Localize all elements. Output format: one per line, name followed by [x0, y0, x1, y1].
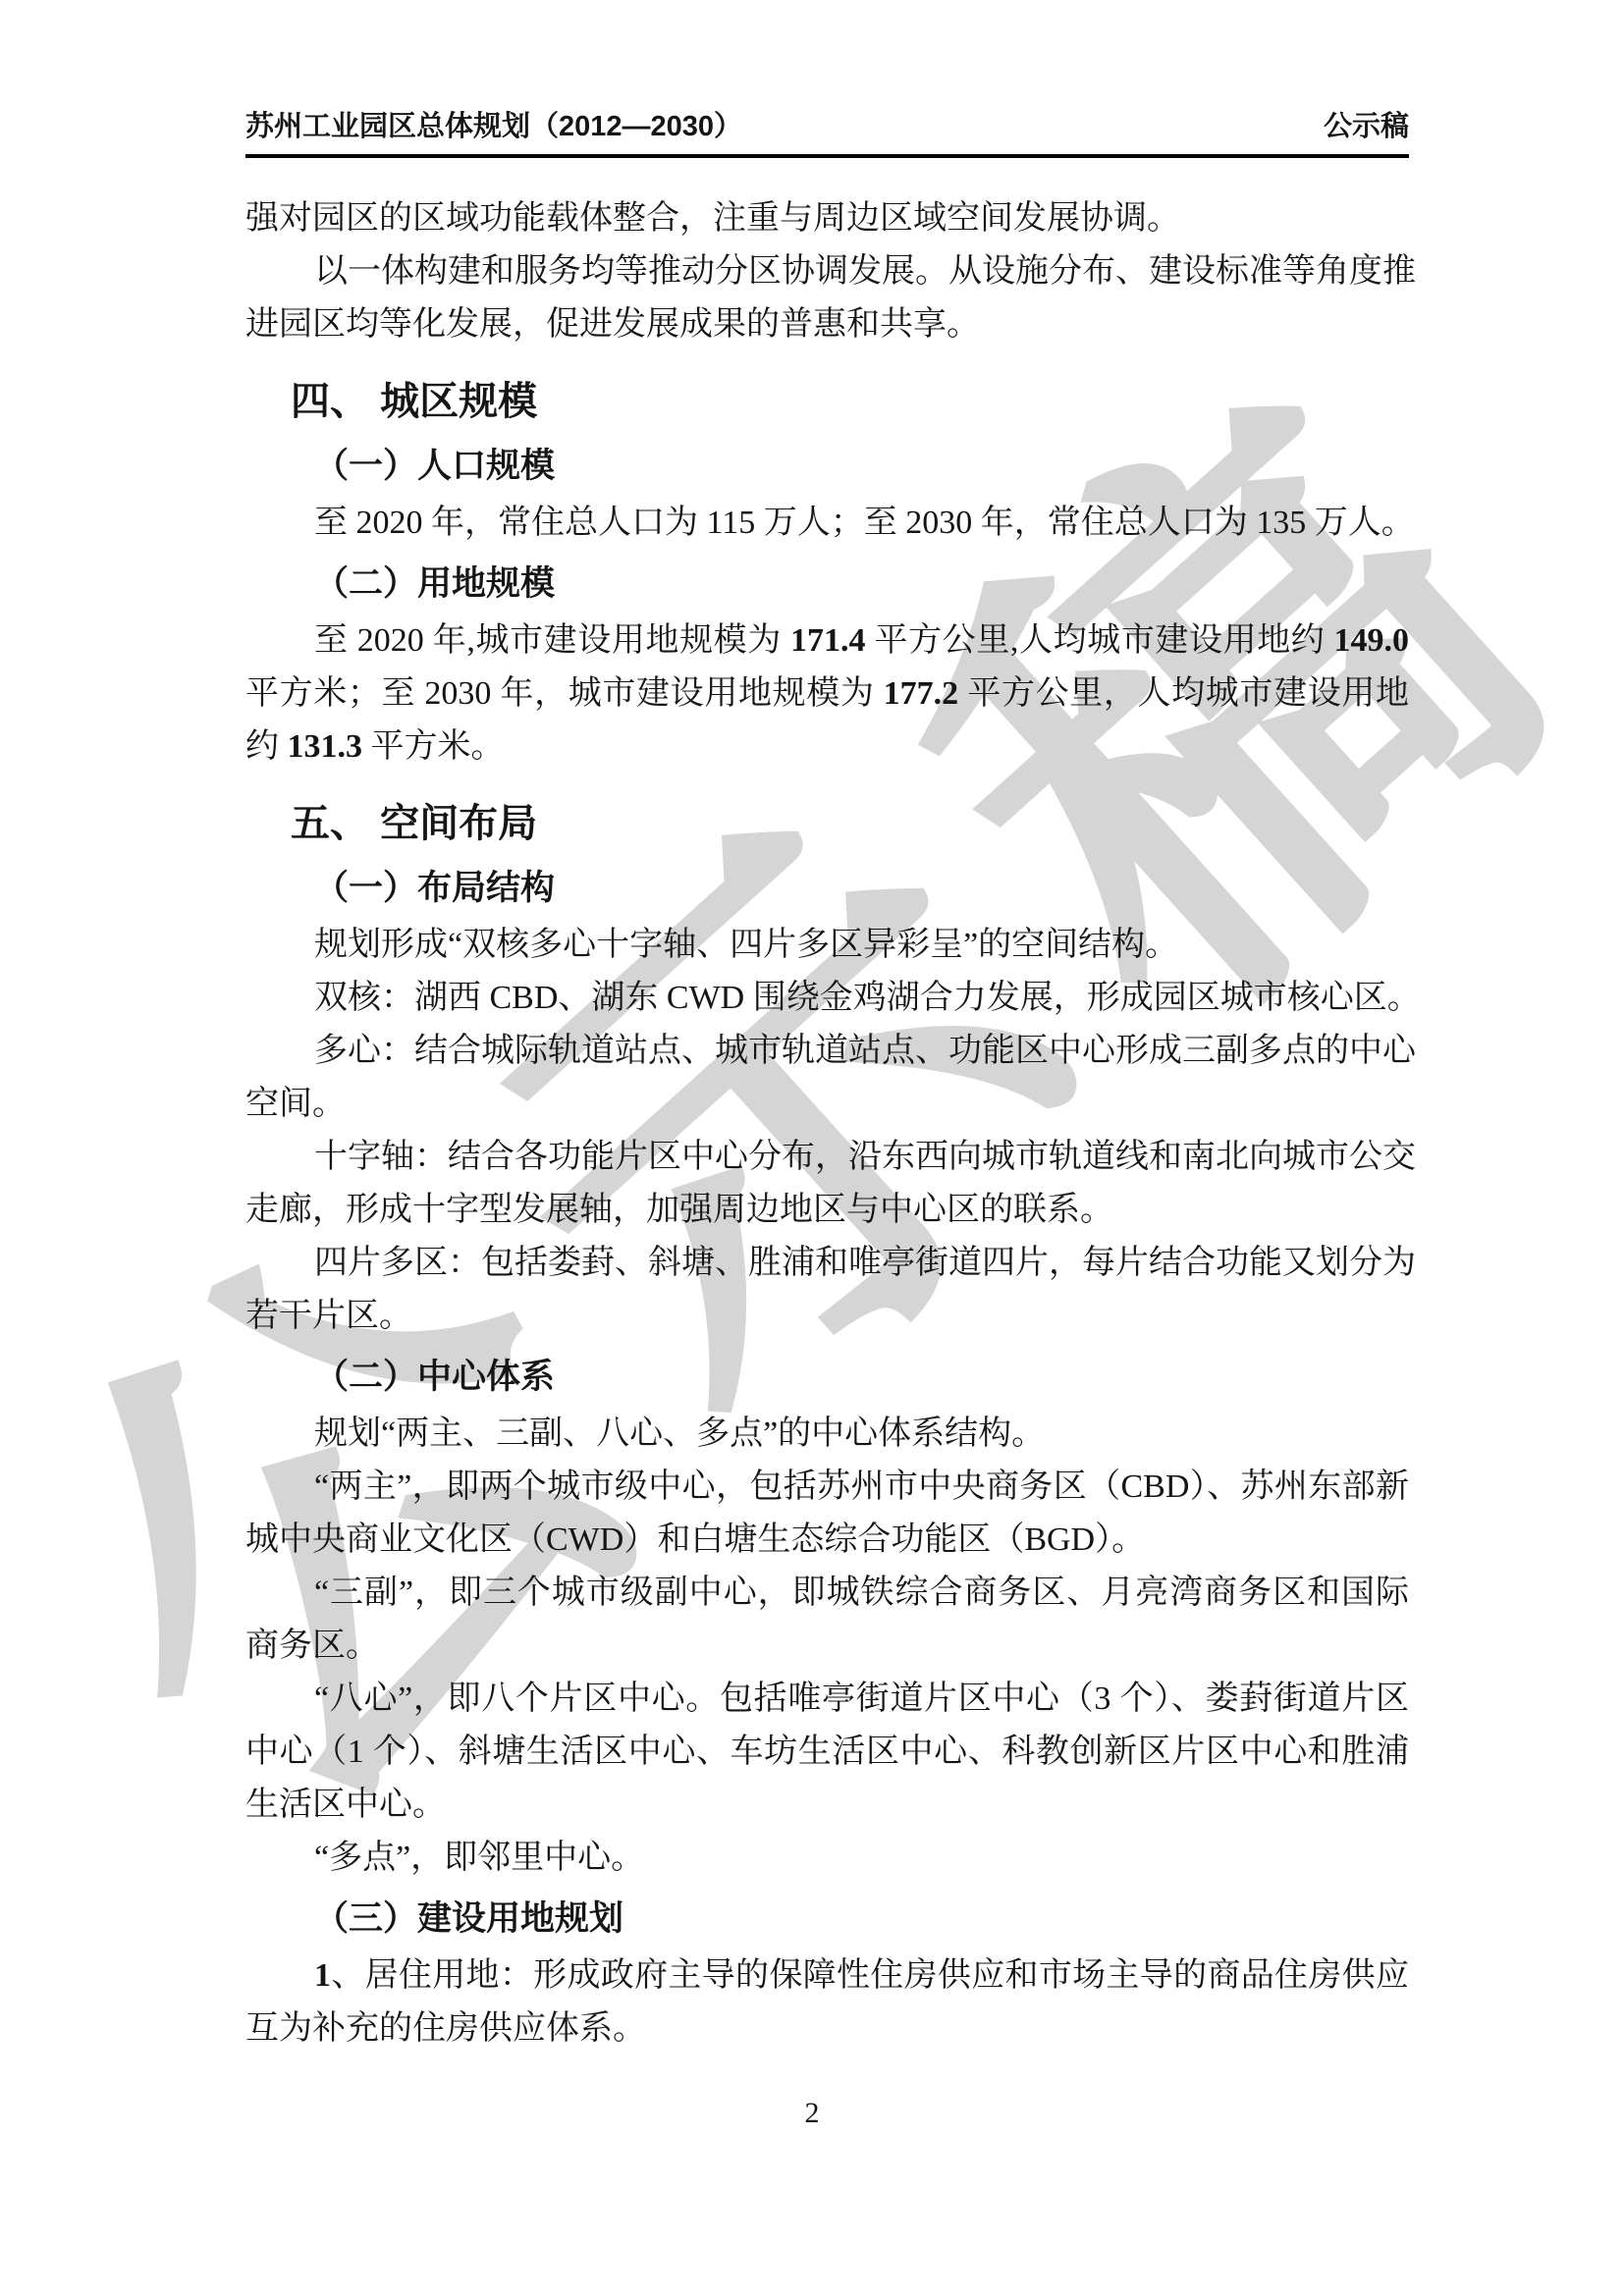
text-line: 以一体构建和服务均等推动分区协调发展。从设施分布、建设标准等角度推 [245, 245, 1409, 298]
text-line: 双核：湖西 CBD、湖东 CWD 围绕金鸡湖合力发展，形成园区城市核心区。 [245, 972, 1409, 1025]
text-line: 若干片区。 [245, 1290, 1409, 1343]
text-line: 四片多区：包括娄葑、斜塘、胜浦和唯亭街道四片，每片结合功能又划分为 [245, 1237, 1409, 1290]
heading-line: （一）布局结构 [245, 862, 1409, 915]
text-line: “多点”，即邻里中心。 [245, 1832, 1409, 1885]
text-line: “两主”，即两个城市级中心，包括苏州市中央商务区（CBD）、苏州东部新 [245, 1461, 1409, 1514]
text-line: 进园区均等化发展，促进发展成果的普惠和共享。 [245, 298, 1409, 351]
text-line: 商务区。 [245, 1620, 1409, 1673]
text-line: 多心：结合城际轨道站点、城市轨道站点、功能区中心形成三副多点的中心 [245, 1025, 1409, 1078]
text-line: 走廊，形成十字型发展轴，加强周边地区与中心区的联系。 [245, 1184, 1409, 1237]
heading-line: 五、 空间布局 [245, 795, 1409, 852]
text-line: 平方米；至 2030 年，城市建设用地规模为 177.2 平方公里，人均城市建设… [245, 667, 1409, 721]
text-line: “八心”，即八个片区中心。包括唯亭街道片区中心（3 个）、娄葑街道片区 [245, 1673, 1409, 1726]
text-line: 空间。 [245, 1078, 1409, 1131]
text-line: 中心（1 个）、斜塘生活区中心、车坊生活区中心、科教创新区片区中心和胜浦 [245, 1726, 1409, 1779]
heading-line: （二）中心体系 [245, 1351, 1409, 1404]
text-line: 强对园区的区域功能载体整合，注重与周边区域空间发展协调。 [245, 192, 1409, 245]
text-line: “三副”，即三个城市级副中心，即城铁综合商务区、月亮湾商务区和国际 [245, 1567, 1409, 1620]
text-line: 生活区中心。 [245, 1779, 1409, 1832]
text-line: 规划形成“双核多心十字轴、四片多区异彩呈”的空间结构。 [245, 919, 1409, 972]
document-body: 强对园区的区域功能载体整合，注重与周边区域空间发展协调。以一体构建和服务均等推动… [245, 192, 1409, 2056]
text-line: 十字轴：结合各功能片区中心分布，沿东西向城市轨道线和南北向城市公交 [245, 1131, 1409, 1184]
page-number: 2 [0, 2097, 1624, 2130]
text-line: 约 131.3 平方米。 [245, 721, 1409, 774]
heading-line: （二）用地规模 [245, 558, 1409, 611]
heading-line: （三）建设用地规划 [245, 1893, 1409, 1946]
text-line: 城中央商业文化区（CWD）和白塘生态综合功能区（BGD）。 [245, 1514, 1409, 1567]
text-line: 至 2020 年,城市建设用地规模为 171.4 平方公里,人均城市建设用地约 … [245, 614, 1409, 667]
header-badge: 公示稿 [1324, 104, 1409, 144]
header-title: 苏州工业园区总体规划（2012—2030） [245, 104, 742, 144]
text-line: 互为补充的住房供应体系。 [245, 2002, 1409, 2056]
heading-line: （一）人口规模 [245, 440, 1409, 493]
text-line: 规划“两主、三副、八心、多点”的中心体系结构。 [245, 1408, 1409, 1461]
page-header: 苏州工业园区总体规划（2012—2030） 公示稿 [245, 104, 1409, 158]
page-container: 公示稿 苏州工业园区总体规划（2012—2030） 公示稿 强对园区的区域功能载… [0, 0, 1624, 2296]
text-line: 至 2020 年，常住总人口为 115 万人；至 2030 年，常住总人口为 1… [245, 497, 1409, 550]
heading-line: 四、 城区规模 [245, 373, 1409, 430]
text-line: 1、居住用地：形成政府主导的保障性住房供应和市场主导的商品住房供应 [245, 1949, 1409, 2002]
